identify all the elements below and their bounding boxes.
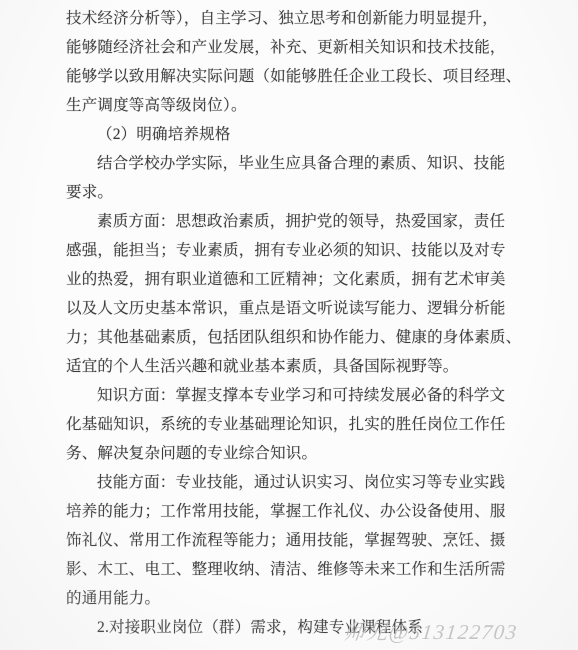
text-line: 要求。 — [66, 178, 498, 207]
text-line: 素质方面：思想政治素质，拥护党的领导，热爱国家，责任 — [66, 207, 498, 236]
text-line: 技术经济分析等），自主学习、独立思考和创新能力明显提升， — [66, 4, 498, 33]
section-heading: 2.对接职业岗位（群）需求，构建专业课程体系 — [66, 613, 498, 642]
text-line: 饰礼仪、常用工作流程等能力；通用技能，掌握驾驶、烹饪、摄 — [66, 526, 498, 555]
text-line: 知识方面：掌握支撑本专业学习和可持续发展必备的科学文 — [66, 381, 498, 410]
text-line: 务、解决复杂问题的专业综合知识。 — [66, 439, 498, 468]
text-line: 生产调度等高等级岗位）。 — [66, 91, 498, 120]
text-line: 力；其他基础素质，包括团队组织和协作能力、健康的身体素质、 — [66, 323, 498, 352]
text-line: 能够学以致用解决实际问题（如能够胜任企业工段长、项目经理、 — [66, 62, 498, 91]
text-line: 的通用能力。 — [66, 584, 498, 613]
text-line: 技能方面：专业技能，通过认识实习、岗位实习等专业实践 — [66, 468, 498, 497]
text-line: 影、木工、电工、整理收纳、清洁、维修等未来工作和生活所需 — [66, 555, 498, 584]
document-text-block: 技术经济分析等），自主学习、独立思考和创新能力明显提升， 能够随经济社会和产业发… — [66, 4, 498, 642]
text-line: 化基础知识，系统的专业基础理论知识，扎实的胜任岗位工作任 — [66, 410, 498, 439]
text-line: 业的热爱，拥有职业道德和工匠精神；文化素质，拥有艺术审美 — [66, 265, 498, 294]
text-line: 适宜的个人生活兴趣和就业基本素质，具备国际视野等。 — [66, 352, 498, 381]
section-heading: （2）明确培养规格 — [66, 120, 498, 149]
text-line: 感强，能担当；专业素质，拥有专业必须的知识、技能以及对专 — [66, 236, 498, 265]
text-line: 以及人文历史基本常识，重点是语文听说读写能力、逻辑分析能 — [66, 294, 498, 323]
text-line: 能够随经济社会和产业发展，补充、更新相关知识和技术技能， — [66, 33, 498, 62]
document-page: 技术经济分析等），自主学习、独立思考和创新能力明显提升， 能够随经济社会和产业发… — [0, 0, 578, 650]
text-line: 培养的能力；工作常用技能，掌握工作礼仪、办公设备使用、服 — [66, 497, 498, 526]
text-line: 结合学校办学实际，毕业生应具备合理的素质、知识、技能 — [66, 149, 498, 178]
